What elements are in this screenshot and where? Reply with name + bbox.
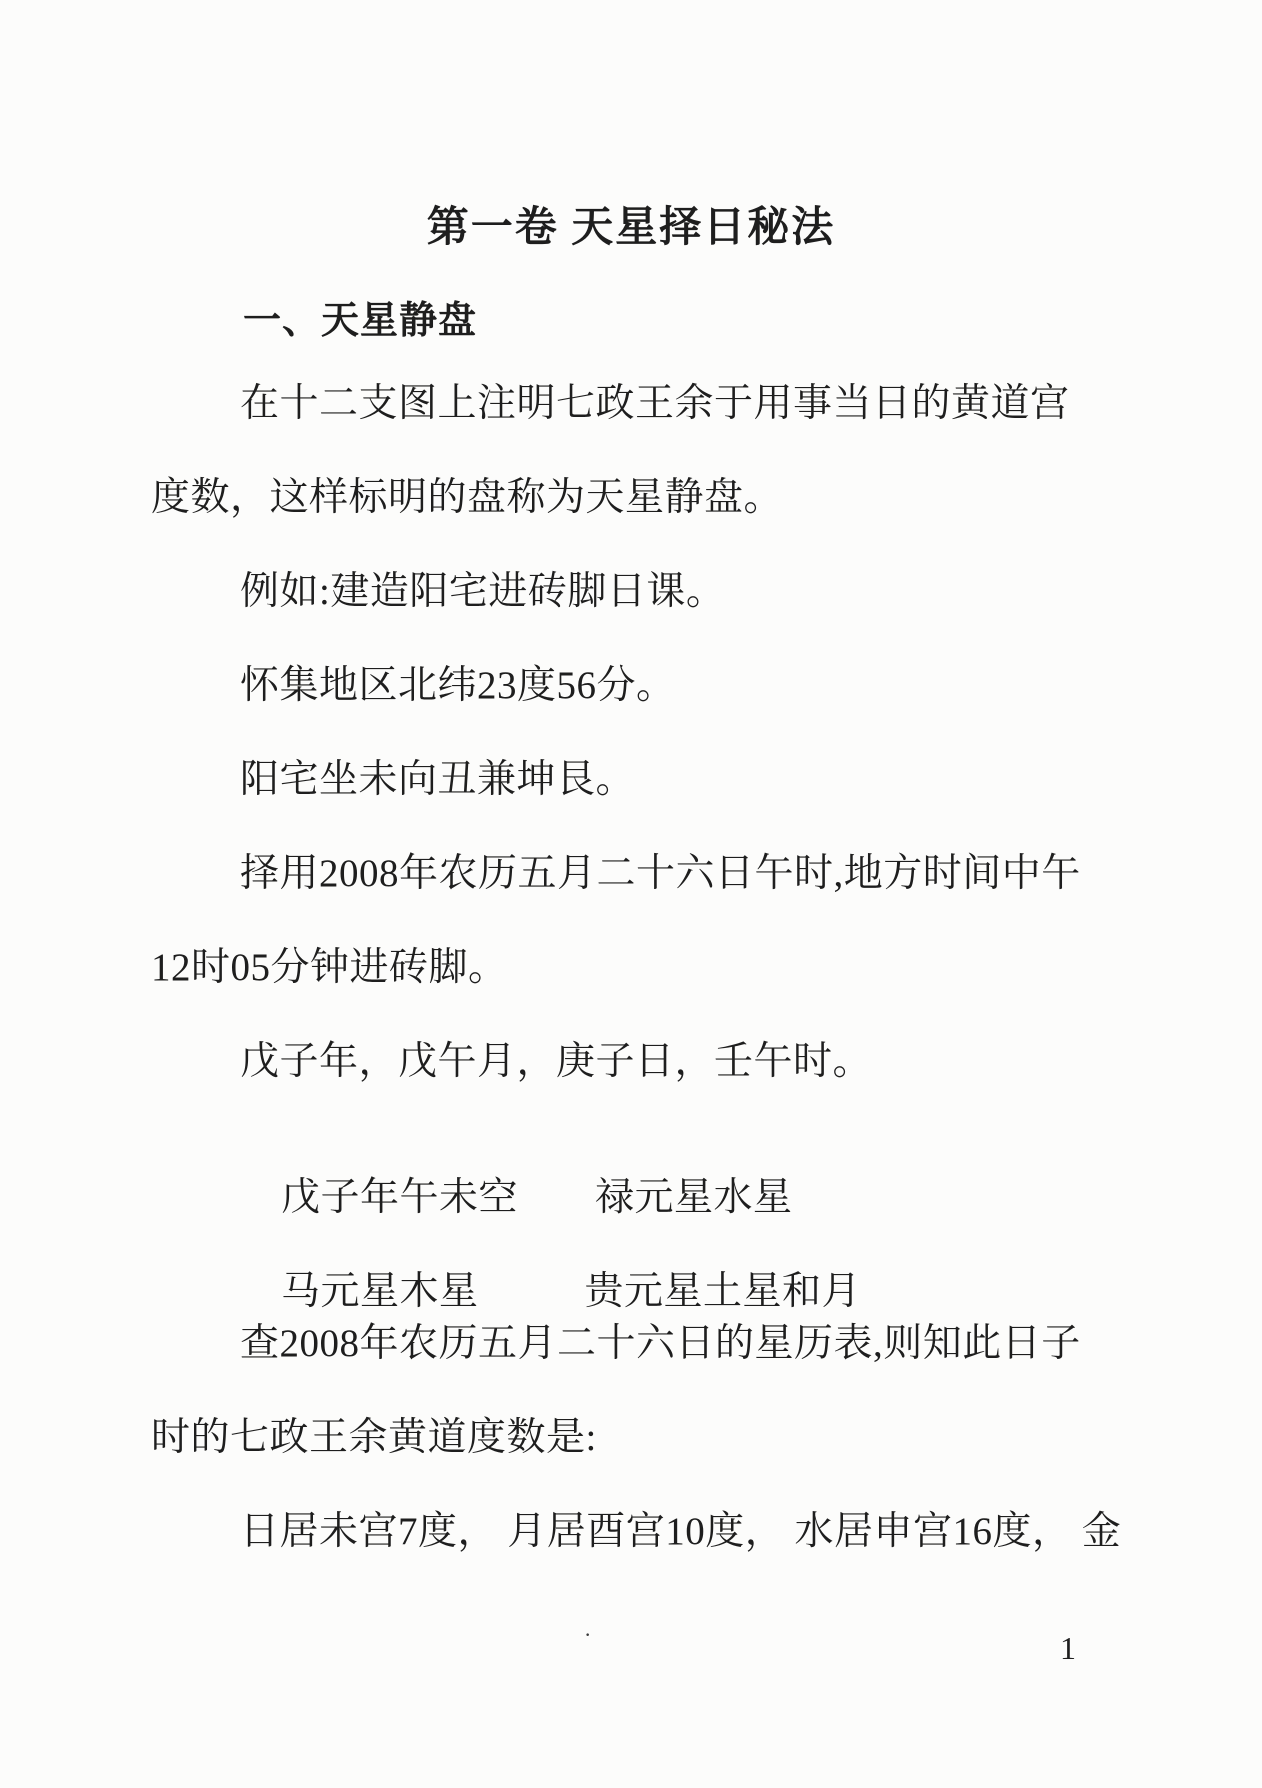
document-page: 第一卷 天星择日秘法 一、天星静盘 在十二支图上注明七政王余于用事当日的黄道宫 … bbox=[0, 0, 1262, 1788]
paragraph1-line2: 度数，这样标明的盘称为天星静盘。 bbox=[151, 477, 783, 519]
date-line1: 择用2008年农历五月二十六日午时,地方时间中午 bbox=[240, 853, 1081, 895]
pillars-line: 戊子年，戊午月，庚子日，壬午时。 bbox=[240, 1041, 872, 1083]
stars-row1-left: 戊子年午未空 bbox=[281, 1176, 518, 1219]
ephemeris-line1: 查2008年农历五月二十六日的星历表,则知此日子 bbox=[240, 1323, 1081, 1365]
example-line: 例如:建造阳宅进砖脚日课。 bbox=[240, 571, 725, 613]
orientation-line: 阳宅坐未向丑兼坤艮。 bbox=[240, 759, 635, 801]
stars-row2-left: 马元星木星 bbox=[281, 1270, 479, 1313]
page-number: 1 bbox=[1060, 1630, 1076, 1667]
stars-row2-right: 贵元星土星和月 bbox=[585, 1271, 862, 1313]
ephemeris-line2: 时的七政王余黄道度数是: bbox=[151, 1417, 597, 1459]
stars-row1-right: 禄元星水星 bbox=[595, 1177, 793, 1219]
paragraph1-line1: 在十二支图上注明七政王余于用事当日的黄道宫 bbox=[240, 383, 1070, 425]
document-title: 第一卷 天星择日秘法 bbox=[0, 194, 1262, 254]
degrees-line: 日居未宫7度， 月居酉宫10度， 水居申宫16度， 金 bbox=[240, 1511, 1121, 1553]
section-heading: 一、天星静盘 bbox=[243, 289, 477, 344]
date-line2: 12时05分钟进砖脚。 bbox=[151, 947, 508, 989]
latitude-line: 怀集地区北纬23度56分。 bbox=[240, 665, 676, 707]
stray-ink-mark: · bbox=[584, 1622, 591, 1648]
